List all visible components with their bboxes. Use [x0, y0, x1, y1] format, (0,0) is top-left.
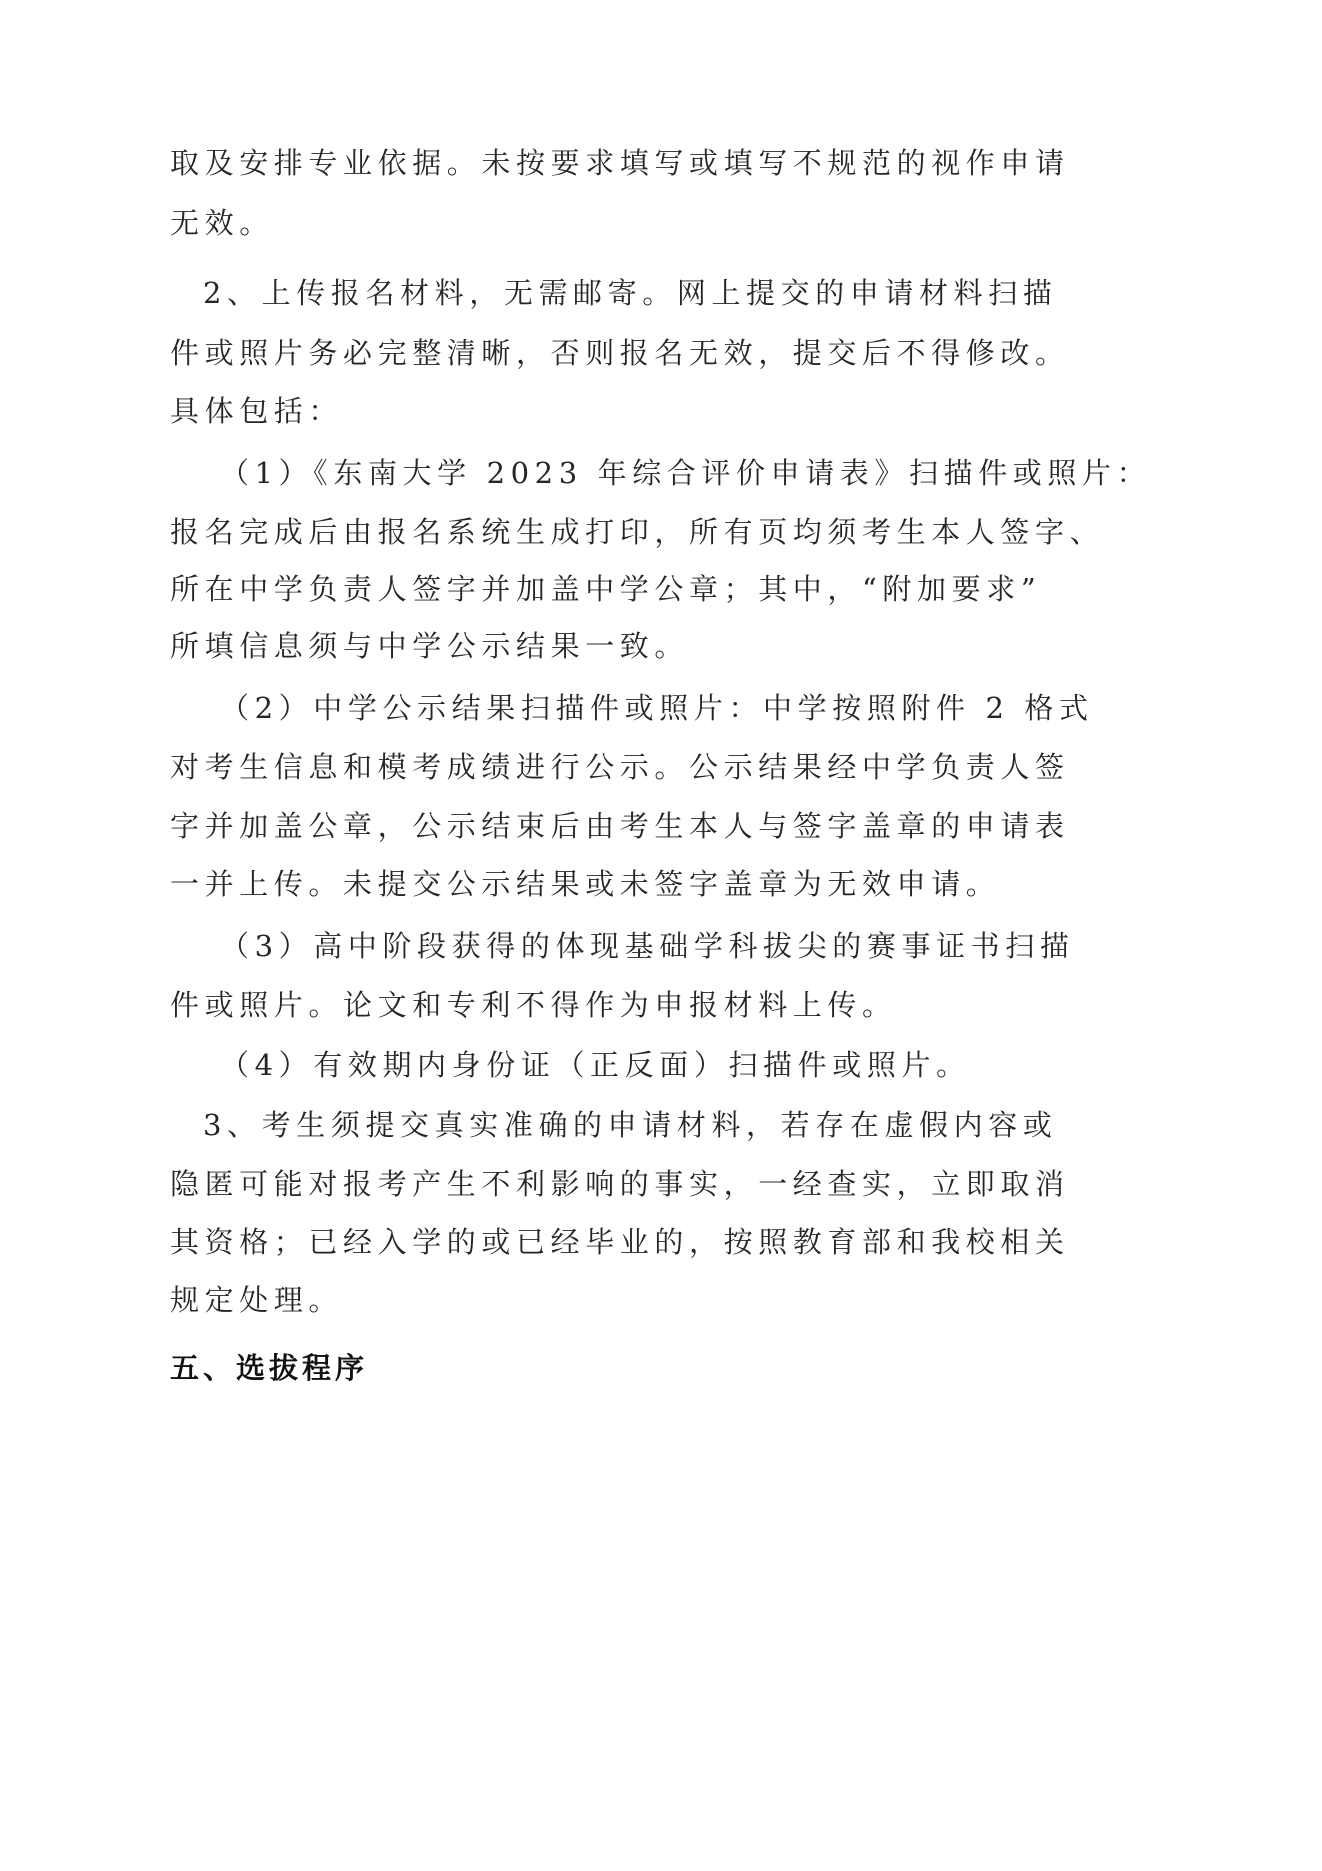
text-line: 所填信息须与中学公示结果一致。	[170, 628, 689, 664]
text-line: 规定处理。	[170, 1282, 343, 1318]
section-heading: 五、选拔程序	[170, 1350, 368, 1386]
text-line: 报名完成后由报名系统生成打印，所有页均须考生本人签字、	[170, 514, 1104, 550]
text-line: （3）高中阶段获得的体现基础学科拔尖的赛事证书扫描	[220, 928, 1074, 964]
text-line: （4）有效期内身份证（正反面）扫描件或照片。	[220, 1047, 971, 1083]
text-line: 隐匿可能对报考产生不利影响的事实，一经查实，立即取消	[170, 1166, 1070, 1202]
text-line: 件或照片务必完整清晰，否则报名无效，提交后不得修改。	[170, 335, 1070, 371]
text-line: 所在中学负责人签字并加盖中学公章；其中，“附加要求”	[170, 571, 1041, 607]
text-line: 对考生信息和模考成绩进行公示。公示结果经中学负责人签	[170, 749, 1070, 785]
text-line: （1）《东南大学 2023 年综合评价申请表》扫描件或照片：	[220, 455, 1151, 491]
text-line: 无效。	[170, 205, 274, 241]
text-line: 2、上传报名材料，无需邮寄。网上提交的申请材料扫描	[203, 275, 1057, 311]
text-line: 一并上传。未提交公示结果或未签字盖章为无效申请。	[170, 866, 1000, 902]
text-line: 其资格；已经入学的或已经毕业的，按照教育部和我校相关	[170, 1224, 1070, 1260]
text-line: 3、考生须提交真实准确的申请材料，若存在虚假内容或	[203, 1107, 1057, 1143]
text-line: （2）中学公示结果扫描件或照片：中学按照附件 2 格式	[220, 690, 1094, 726]
text-line: 取及安排专业依据。未按要求填写或填写不规范的视作申请	[170, 145, 1070, 181]
text-line: 件或照片。论文和专利不得作为申报材料上传。	[170, 987, 897, 1023]
text-line: 具体包括：	[170, 393, 343, 429]
text-line: 字并加盖公章，公示结束后由考生本人与签字盖章的申请表	[170, 808, 1070, 844]
